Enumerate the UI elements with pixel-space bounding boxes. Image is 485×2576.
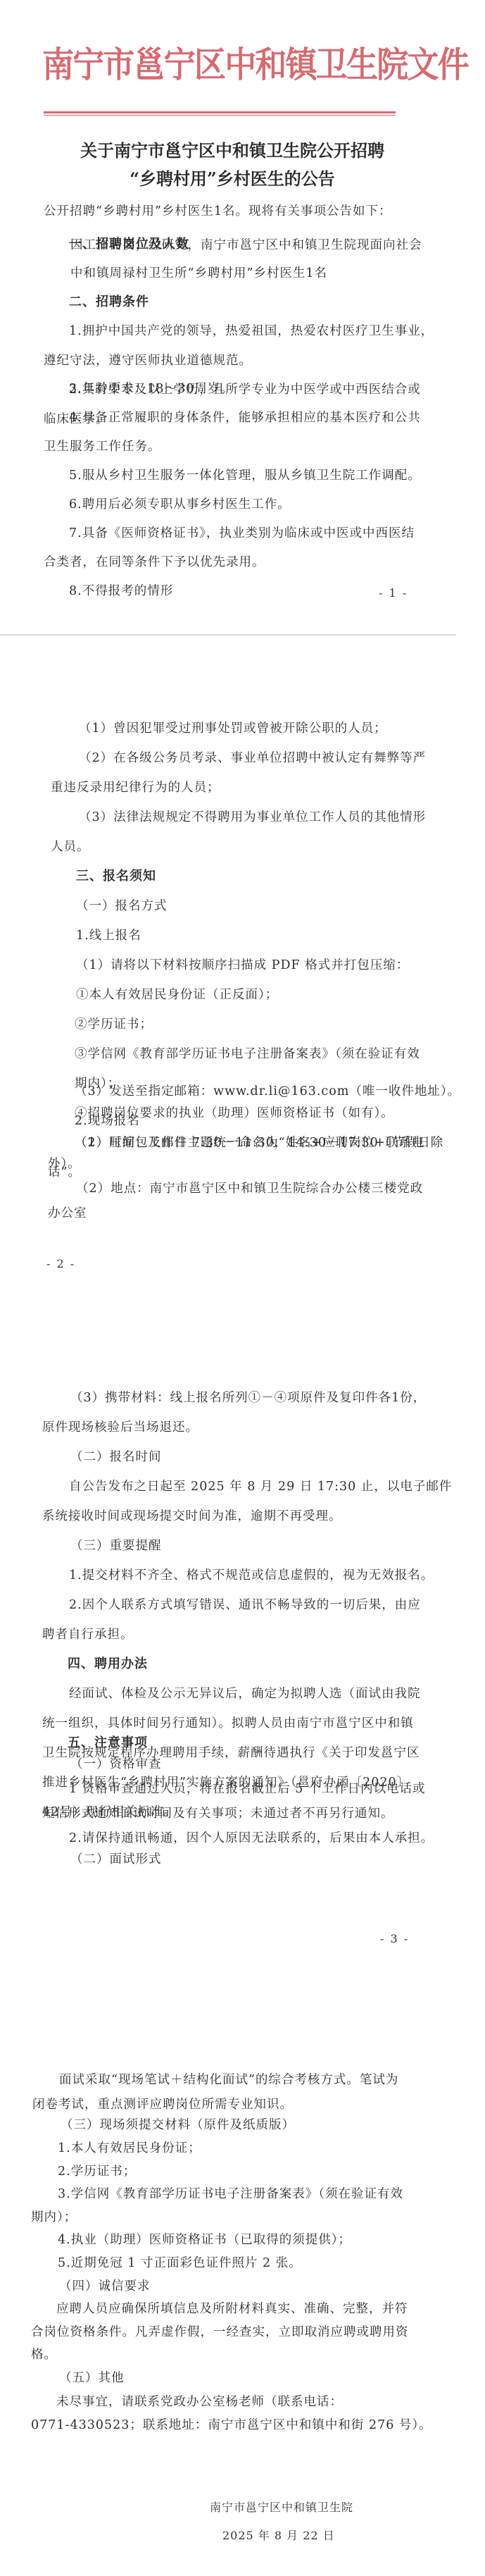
condition-3: 3.年龄要求：18～30周岁。	[69, 380, 234, 397]
red-header-rule-thin	[44, 115, 396, 116]
document-4: 4.执业（助理）医师资格证书（已取得的须提供）；	[58, 2231, 351, 2248]
sub-heading-onsite-materials: （三）现场须提交材料（原件及纸质版）	[61, 2117, 295, 2134]
onsite-registration: 2.现场报名	[75, 1113, 140, 1129]
onsite-materials-cont: 原件现场核验后当场退还。	[42, 1419, 199, 1436]
condition-4: 4.具备正常履职的身体条件，能够承担相应的基本医疗和公共	[69, 409, 421, 426]
red-header-title: 南宁市邕宁区中和镇卫生院文件	[42, 44, 365, 86]
online-step-1: （1）请将以下材料按顺序扫描成 PDF 格式并打包压缩：	[76, 957, 409, 974]
exclusion-2-cont: 重违反录用纪律行为的人员；	[51, 779, 220, 796]
section-heading-conditions: 二、招聘条件	[69, 294, 149, 311]
sub-heading-reminder: （三）重要提醒	[70, 1537, 162, 1554]
section-heading-positions: 一、招聘岗位及人数	[69, 236, 189, 253]
document-3-cont: 期内）；	[31, 2209, 77, 2226]
interview-format: 面试采取“现场笔试＋结构化面试”的综合考核方式。笔试为	[59, 2072, 398, 2088]
condition-1-cont: 遵纪守法，遵守医师执业道德规范。	[44, 352, 252, 369]
condition-4-cont: 卫生服务工作任务。	[44, 438, 161, 455]
registration-deadline-cont: 系统接收时间或现场提交时间为准，逾期不再受理。	[42, 1508, 342, 1525]
intro-text-cont: 公开招聘“乡聘村用”乡村医生1名。现将有关事项公告如下：	[44, 203, 392, 220]
onsite-time-cont: 外）。	[48, 1156, 81, 1172]
position-text: 中和镇周禄村卫生所“乡聘村用”乡村医生1名	[70, 265, 327, 282]
exclusion-2: （2）在各级公务员考录、事业单位招聘中被认定有舞弊等严	[79, 750, 426, 767]
section-heading-hiring: 四、聘用办法	[68, 1656, 148, 1673]
hiring-text: 经面试、体检及公示无异议后，确定为拟聘人选（面试由我院	[69, 1685, 421, 1702]
integrity-text-2: 合岗位资格条件。凡弄虚作假，一经查实，立即取消应聘或聘用资	[31, 2324, 409, 2341]
condition-5: 5.服从乡村卫生服务一体化管理，服从乡镇卫生院工作调配。	[69, 467, 421, 484]
material-2: ②学历证书；	[75, 1016, 153, 1033]
section-heading-notes: 五、注意事项	[68, 1735, 148, 1752]
document-title-line2: “乡聘村用”乡村医生的公告	[0, 166, 465, 192]
review-2: 2.请保持通讯畅通，因个人原因无法联系的，后果由本人承担。	[69, 1830, 434, 1847]
sub-heading-time: （二）报名时间	[70, 1449, 162, 1466]
page-number-1: - 1 -	[379, 586, 408, 600]
page-number-3: - 3 -	[380, 1932, 409, 1945]
condition-6: 6.聘用后必须专职从事乡村医生工作。	[69, 496, 291, 513]
contact-text: 未尽事宜，请联系党政办公室杨老师（联系电话：	[56, 2394, 343, 2410]
registration-deadline: 自公告发布之日起至 2025 年 8 月 29 日 17:30 止，以电子邮件	[69, 1478, 452, 1495]
onsite-time: （1）时间：工作日 7:30－11:30，14:30－17:30（节假日除	[75, 1134, 443, 1151]
condition-7-cont: 合类者，在同等条件下予以优先录用。	[44, 554, 265, 571]
signature-date: 2025 年 8 月 22 日	[222, 2527, 335, 2543]
sub-heading-method: （一）报名方式	[76, 898, 168, 915]
document-5: 5.近期免冠 1 寸正面彩色证件照片 2 张。	[58, 2255, 302, 2272]
reminder-2: 2.因个人联系方式填写错误、通讯不畅导致的一切后果，由应	[69, 1597, 421, 1614]
condition-1: 1.拥护中国共产党的领导，热爱祖国，热爱农村医疗卫生事业，	[69, 323, 434, 340]
exclusion-3: （3）法律法规规定不得聘用为事业单位工作人员的其他情形	[79, 809, 426, 826]
sub-heading-other: （五）其他	[59, 2370, 125, 2386]
review-1: 1 资格审查通过人员，将在报名截止后 5 个工作日内以电话或	[69, 1781, 425, 1797]
online-registration: 1.线上报名	[76, 927, 141, 944]
page-1: 南宁市邕宁区中和镇卫生院文件 关于南宁市邕宁区中和镇卫生院公开招聘 “乡聘村用”…	[0, 0, 485, 634]
contact-phone-address: 0771-4330523；联系地址：南宁市邕宁区中和镇中和街 276 号）。	[31, 2417, 432, 2434]
condition-7: 7.具备《医师资格证书》，执业类别为临床或中医或中西医结	[69, 525, 415, 542]
sub-heading-review: （一）资格审查	[70, 1756, 162, 1773]
signature-organization: 南宁市邕宁区中和镇卫生院	[210, 2498, 353, 2515]
document-3: 3.学信网《教育部学历证书电子注册备案表》（须在验证有效	[58, 2186, 403, 2203]
integrity-text: 应聘人员应确保所填信息及所附材料真实、准确、完整，并符	[56, 2301, 408, 2317]
material-3: ③学信网《教育部学历证书电子注册备案表》（须在验证有效	[75, 1046, 420, 1063]
sub-heading-interview: （二）面试形式	[70, 1851, 162, 1868]
document-1: 1.本人有效居民身份证；	[58, 2140, 201, 2157]
red-header-rule	[44, 111, 396, 113]
section-heading-registration: 三、报名须知	[76, 868, 156, 885]
reminder-1: 1.提交材料不齐全、格式不规范或信息虚假的，视为无效报名。	[69, 1567, 434, 1584]
material-1: ①本人有效居民身份证（正反面）；	[76, 986, 278, 1003]
document-title-line1: 关于南宁市邕宁区中和镇卫生院公开招聘	[0, 138, 465, 163]
sub-heading-integrity: （四）诚信要求	[59, 2278, 151, 2295]
interview-format-cont: 闭卷考试，重点测评应聘岗位所需专业知识。	[32, 2096, 293, 2113]
condition-8: 8.不得报考的情形	[69, 583, 173, 600]
integrity-text-3: 格。	[31, 2346, 57, 2363]
hiring-text-2: 统一组织，具体时间另行通知）。拟聘人员由南宁市邕宁区中和镇	[42, 1715, 414, 1732]
document-2: 2.学历证书；	[58, 2163, 136, 2180]
reminder-2-cont: 聘者自行承担。	[42, 1626, 134, 1643]
onsite-location: （2）地点：南宁市邕宁区中和镇卫生院综合办公楼三楼党政	[76, 1180, 423, 1197]
online-step-3-email: （3）发送至指定邮箱：www.dr.li@163.com（唯一收件地址）。	[75, 1083, 460, 1100]
review-1-cont: 短信形式通知面试时间及有关事项；未通过者不再另行通知。	[42, 1805, 394, 1822]
exclusion-3-cont: 人员。	[51, 838, 90, 855]
exclusion-1: （1）曾因犯罪受过刑事处罚或曾被开除公职的人员；	[79, 720, 387, 737]
onsite-location-cont: 办公室	[48, 1205, 87, 1222]
onsite-materials: （3）携带材料：线上报名所列①－④项原件及复印件各1份，	[70, 1389, 426, 1406]
page-number-2: - 2 -	[46, 1257, 75, 1270]
